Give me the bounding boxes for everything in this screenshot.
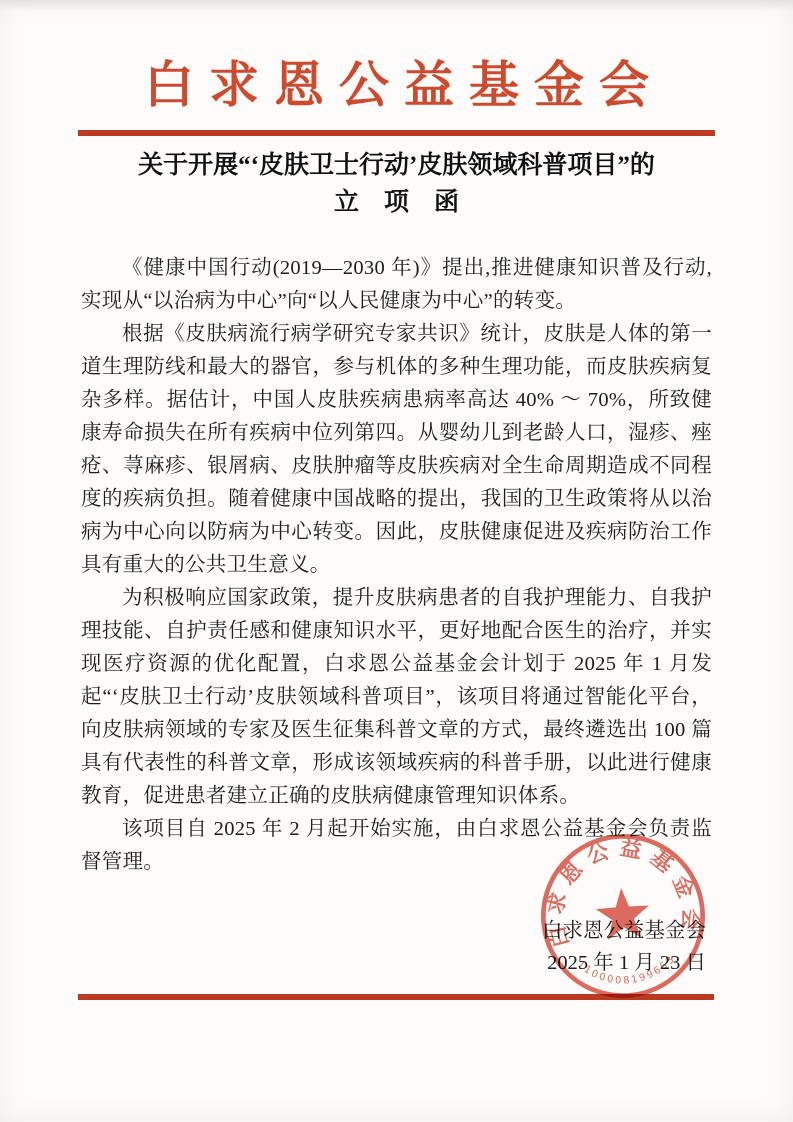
document-page: 白求恩公益基金会 关于开展“‘皮肤卫士行动’皮肤领域科普项目”的 立 项 函 《…	[0, 0, 793, 1122]
doc-title: 关于开展“‘皮肤卫士行动’皮肤领域科普项目”的 立 项 函	[81, 147, 712, 221]
header-rule	[78, 130, 715, 136]
paragraph-3: 为积极响应国家政策，提升皮肤病患者的自我护理能力、自我护理技能、自护责任感和健康…	[81, 582, 712, 813]
doc-title-line1: 关于开展“‘皮肤卫士行动’皮肤领域科普项目”的	[81, 147, 712, 184]
paragraph-2: 根据《皮肤病流行病学研究专家共识》统计，皮肤是人体的第一道生理防线和最大的器官，…	[81, 318, 712, 582]
document-body: 《健康中国行动(2019—2030 年)》提出,推进健康知识普及行动,实现从“以…	[81, 252, 712, 879]
star-icon	[594, 886, 651, 940]
org-name-header: 白求恩公益基金会	[81, 56, 712, 114]
doc-title-line2: 立 项 函	[81, 184, 712, 221]
official-seal-stamp: 白求恩公益基金会 1100008199653	[528, 821, 718, 1011]
paragraph-1: 《健康中国行动(2019—2030 年)》提出,推进健康知识普及行动,实现从“以…	[81, 252, 712, 318]
